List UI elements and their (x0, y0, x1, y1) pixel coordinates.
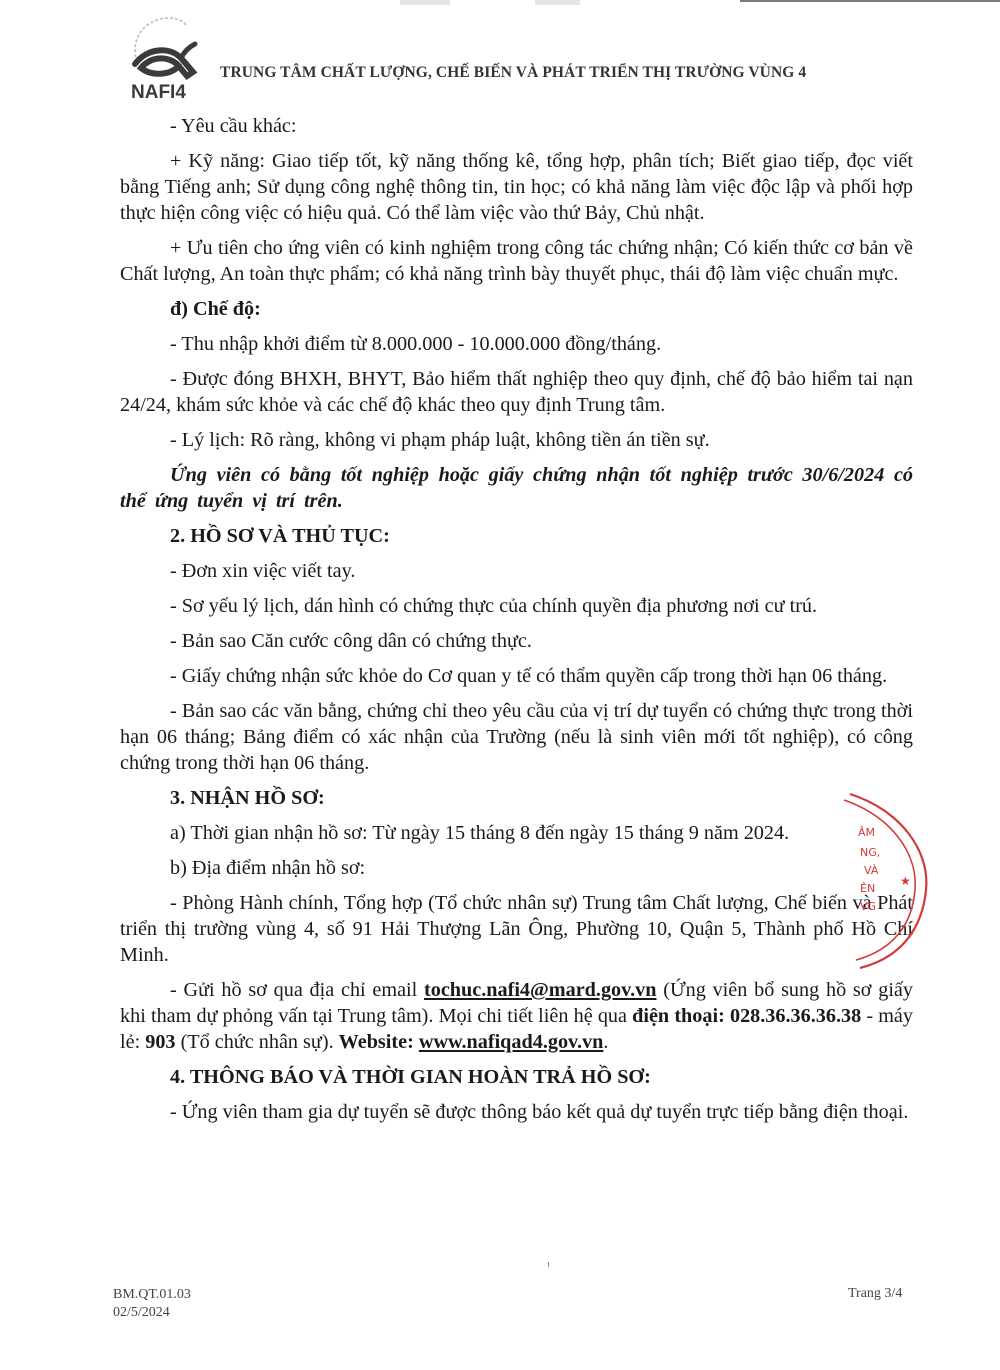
skills-paragraph: + Kỹ năng: Giao tiếp tốt, kỹ năng thống … (120, 148, 913, 226)
benefits-heading: đ) Chế độ: (120, 296, 913, 322)
priority-paragraph: + Ưu tiên cho ứng viên có kinh nghiệm tr… (120, 235, 913, 287)
background-paragraph: - Lý lịch: Rõ ràng, không vi phạm pháp l… (120, 427, 913, 453)
organization-name: TRUNG TÂM CHẤT LƯỢNG, CHẾ BIẾN VÀ PHÁT T… (220, 64, 806, 82)
document-header: NAFI4 TRUNG TÂM CHẤT LƯỢNG, CHẾ BIẾN VÀ … (125, 14, 885, 104)
insurance-paragraph: - Được đóng BHXH, BHYT, Bảo hiểm thất ng… (120, 366, 913, 418)
doc-item: - Giấy chứng nhận sức khỏe do Cơ quan y … (120, 663, 913, 689)
contact-paragraph: - Gửi hồ sơ qua địa chỉ email tochuc.naf… (120, 977, 913, 1055)
receive-time: a) Thời gian nhận hồ sơ: Từ ngày 15 thán… (120, 820, 913, 846)
scan-mark (548, 1262, 549, 1267)
website-suffix: . (603, 1031, 608, 1053)
ext-number: 903 (145, 1031, 175, 1053)
scan-marks (400, 0, 1000, 8)
doc-item: - Bản sao các văn bằng, chứng chỉ theo y… (120, 698, 913, 776)
other-requirements-label: - Yêu cầu khác: (120, 113, 913, 139)
fish-logo-icon (125, 14, 205, 84)
email-prefix: - Gửi hồ sơ qua địa chỉ email (170, 979, 424, 1001)
ext-suffix: (Tổ chức nhân sự). (176, 1031, 339, 1053)
section-4-heading: 4. THÔNG BÁO VÀ THỜI GIAN HOÀN TRẢ HỒ SƠ… (120, 1064, 913, 1090)
website-label: Website: (339, 1031, 414, 1053)
logo-text: NAFI4 (131, 82, 186, 104)
phone-label: điện thoại: (632, 1005, 725, 1027)
nafi4-logo: NAFI4 (125, 14, 205, 102)
footer-form-info: BM.QT.01.03 02/5/2024 (113, 1286, 191, 1322)
form-date: 02/5/2024 (113, 1304, 191, 1322)
website-link[interactable]: www.nafiqad4.gov.vn (419, 1031, 604, 1053)
receive-place: - Phòng Hành chính, Tổng hợp (Tổ chức nh… (120, 890, 913, 968)
email-link[interactable]: tochuc.nafi4@mard.gov.vn (424, 979, 656, 1001)
section-2-heading: 2. HỒ SƠ VÀ THỦ TỤC: (120, 523, 913, 549)
doc-item: - Đơn xin việc viết tay. (120, 558, 913, 584)
page-number: Trang 3/4 (848, 1286, 902, 1302)
document-body: - Yêu cầu khác: + Kỹ năng: Giao tiếp tốt… (120, 113, 913, 1125)
form-code: BM.QT.01.03 (113, 1286, 191, 1304)
doc-item: - Bản sao Căn cước công dân có chứng thự… (120, 628, 913, 654)
notify-paragraph: - Ứng viên tham gia dự tuyển sẽ được thô… (120, 1099, 913, 1125)
receive-place-label: b) Địa điểm nhận hồ sơ: (120, 855, 913, 881)
section-3-heading: 3. NHẬN HỒ SƠ: (120, 785, 913, 811)
doc-item: - Sơ yếu lý lịch, dán hình có chứng thực… (120, 593, 913, 619)
graduate-note: Ứng viên có bằng tốt nghiệp hoặc giấy ch… (120, 462, 913, 514)
phone-number: 028.36.36.36.38 (730, 1005, 861, 1027)
income-paragraph: - Thu nhập khởi điểm từ 8.000.000 - 10.0… (120, 331, 913, 357)
